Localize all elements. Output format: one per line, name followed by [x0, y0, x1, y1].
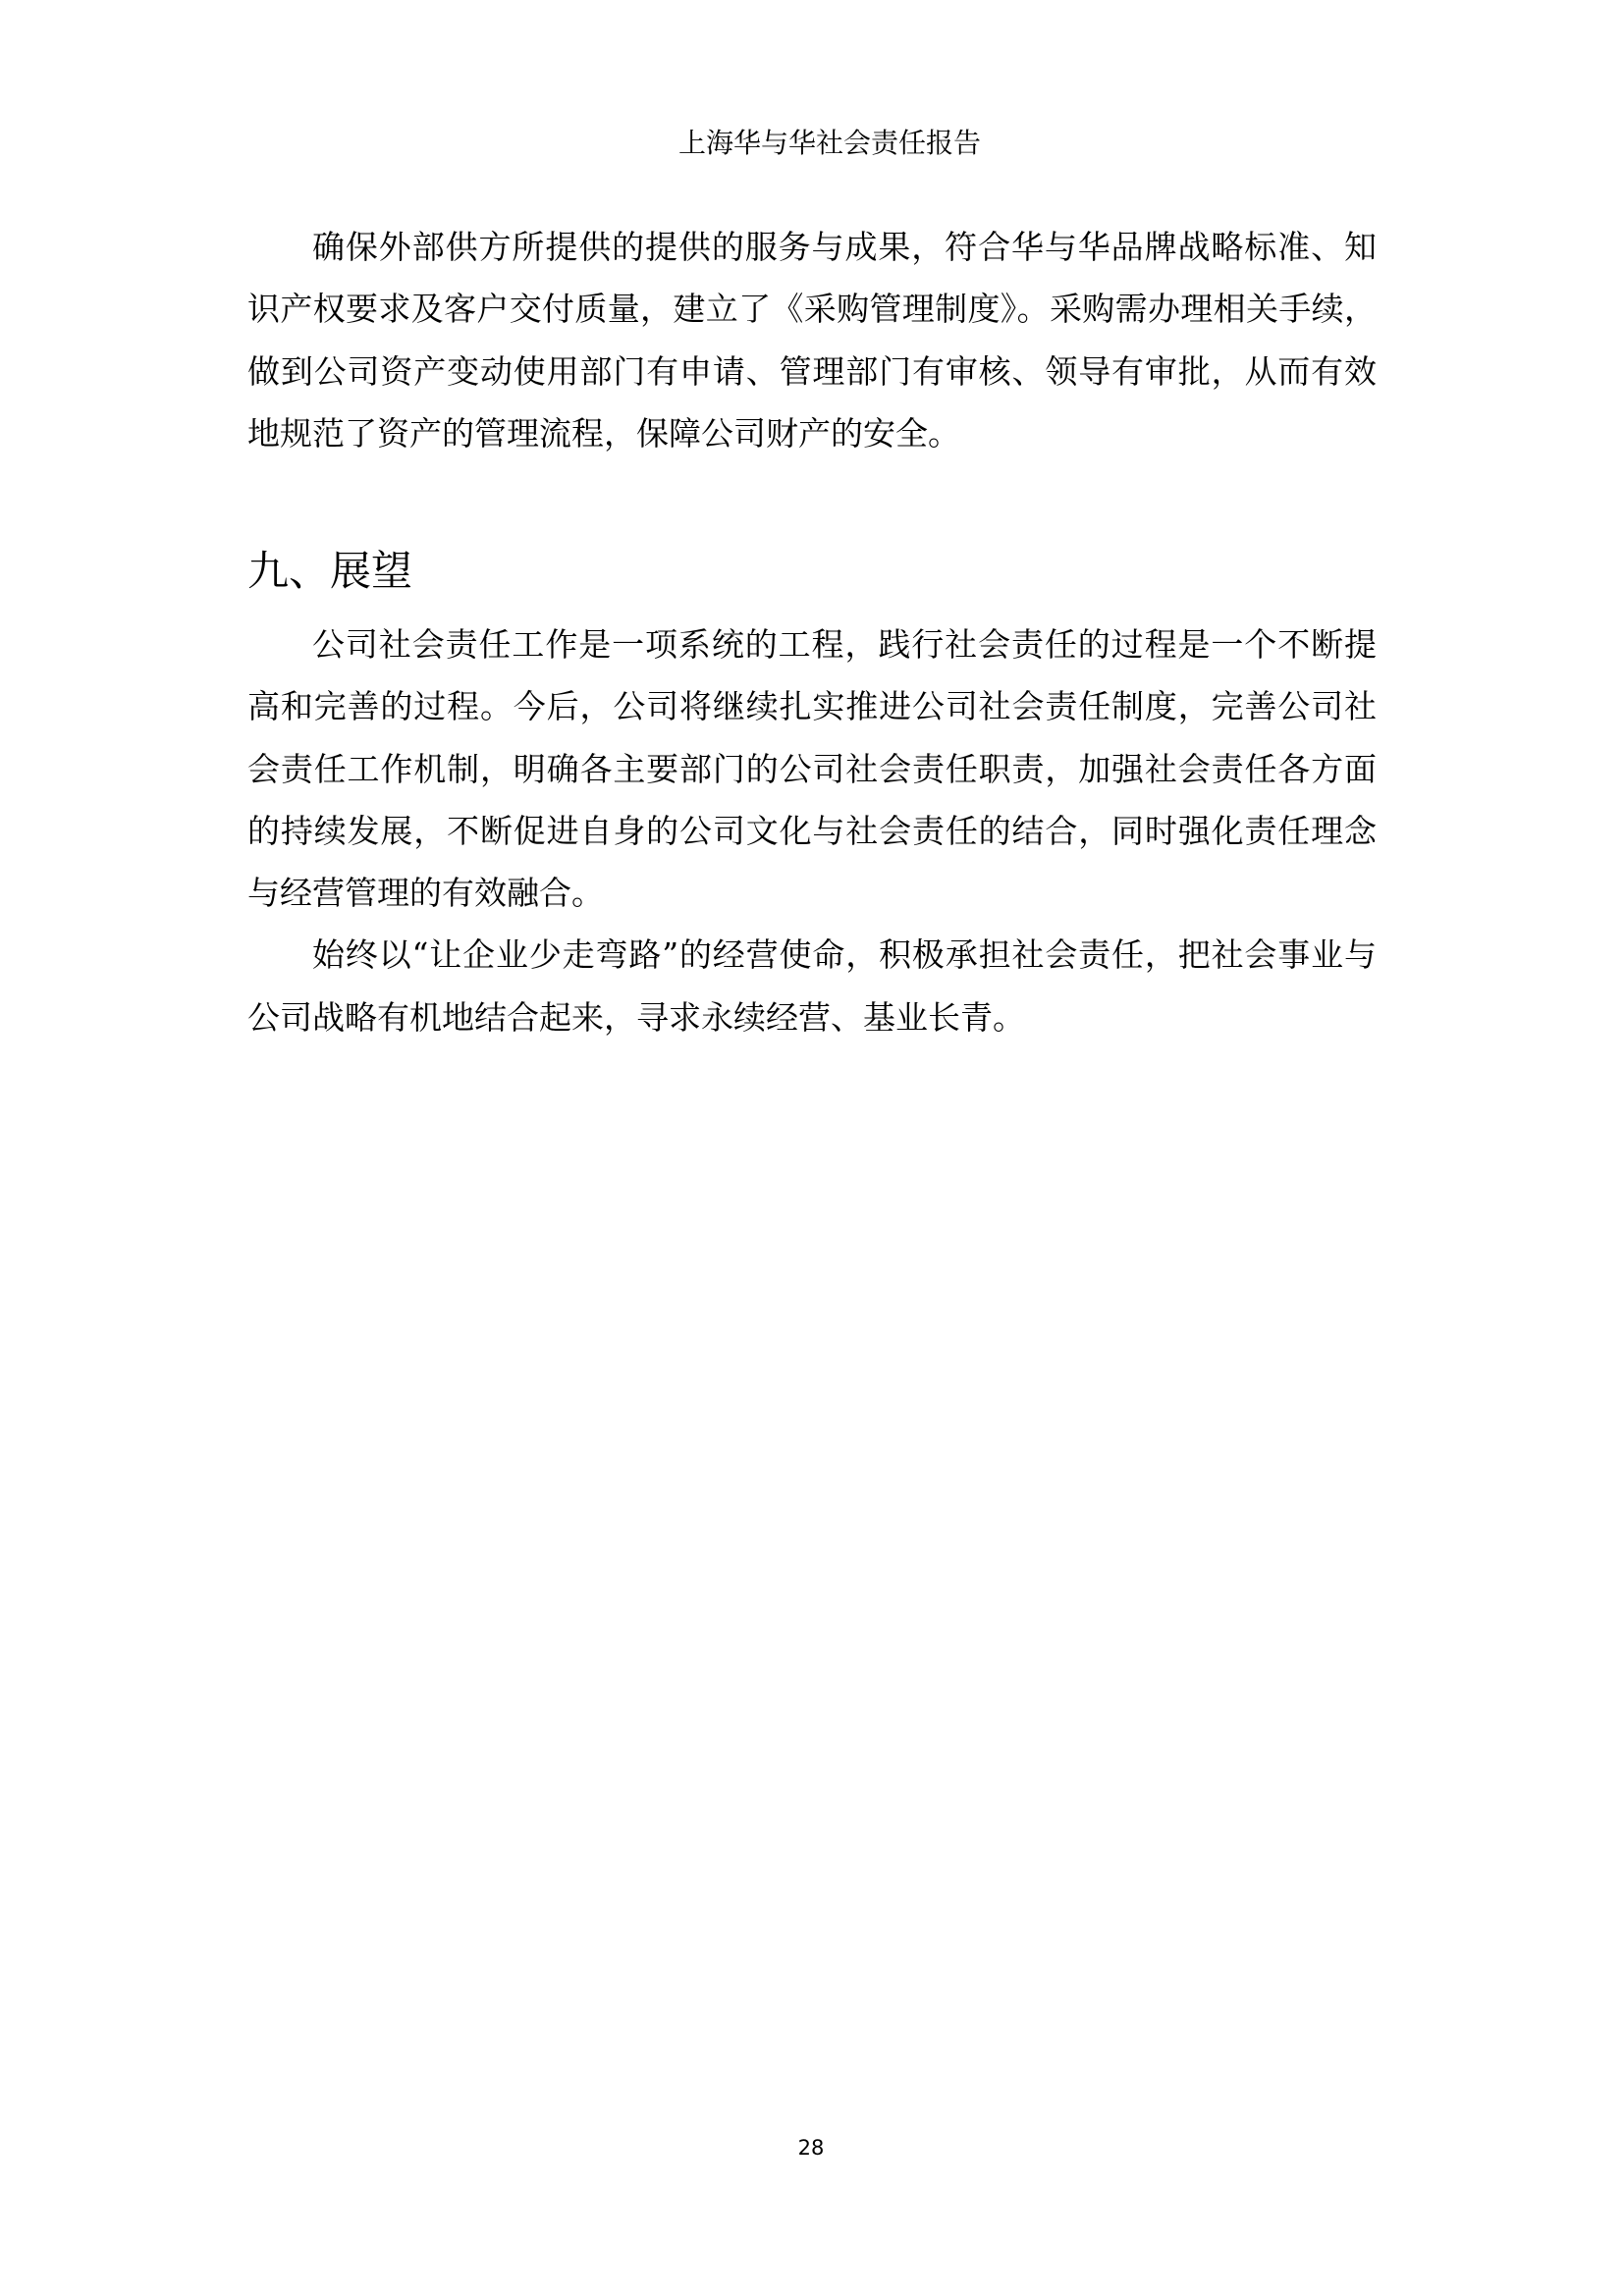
page-number: 28 [0, 2134, 1622, 2162]
section-outlook-body: 公司社会责任工作是一项系统的工程，践行社会责任的过程是一个不断提高和完善的过程。… [247, 614, 1377, 1048]
body-paragraph: 确保外部供方所提供的提供的服务与成果，符合华与华品牌战略标准、知识产权要求及客户… [247, 216, 1377, 464]
body-paragraph: 公司社会责任工作是一项系统的工程，践行社会责任的过程是一个不断提高和完善的过程。… [247, 614, 1377, 924]
running-header-title: 上海华与华社会责任报告 [0, 126, 1624, 161]
section-procurement-continuation: 确保外部供方所提供的提供的服务与成果，符合华与华品牌战略标准、知识产权要求及客户… [247, 216, 1377, 464]
body-paragraph: 始终以“让企业少走弯路”的经营使命，积极承担社会责任，把社会事业与公司战略有机地… [247, 924, 1377, 1048]
section-heading-outlook: 九、展望 [247, 542, 412, 601]
